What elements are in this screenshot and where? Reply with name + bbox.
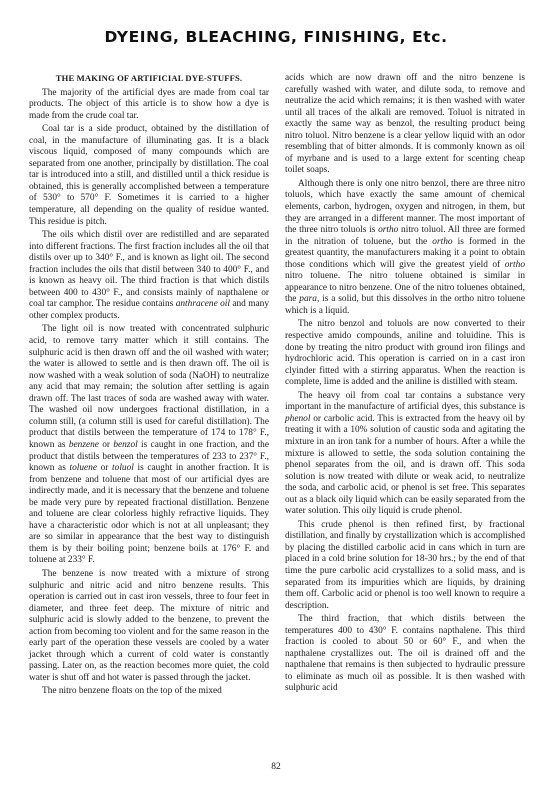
paragraph: Although there is only one nitro benzol,… [285,179,525,318]
paragraph: Coal tar is a side product, obtained by … [29,124,269,228]
article-title: THE MAKING OF ARTIFICIAL DYE-STUFFS. [29,73,269,85]
paragraph: The nitro benzene floats on the top of t… [29,686,269,698]
paragraph: The benzene is now treated with a mixtur… [29,569,269,684]
paragraph: The heavy oil from coal tar contains a s… [285,391,525,518]
left-column: THE MAKING OF ARTIFICIAL DYE-STUFFS. The… [29,73,269,700]
paragraph: This crude phenol is then refined first,… [285,520,525,612]
running-header: DYEING, BLEACHING, FINISHING, Etc. [0,28,552,46]
paragraph: The light oil is now treated with concen… [29,324,269,566]
paragraph: The nitro benzol and toluols are now con… [285,319,525,388]
right-column: acids which are now drawn off and the ni… [285,73,525,700]
article-body: THE MAKING OF ARTIFICIAL DYE-STUFFS. The… [29,73,525,700]
paragraph: The oils which distil over are redistill… [29,230,269,322]
paragraph: The third fraction, that which distils b… [285,614,525,695]
paragraph: The majority of the artificial dyes are … [29,88,269,123]
paragraph-continued: acids which are now drawn off and the ni… [285,73,525,177]
page-number: 82 [0,762,552,772]
